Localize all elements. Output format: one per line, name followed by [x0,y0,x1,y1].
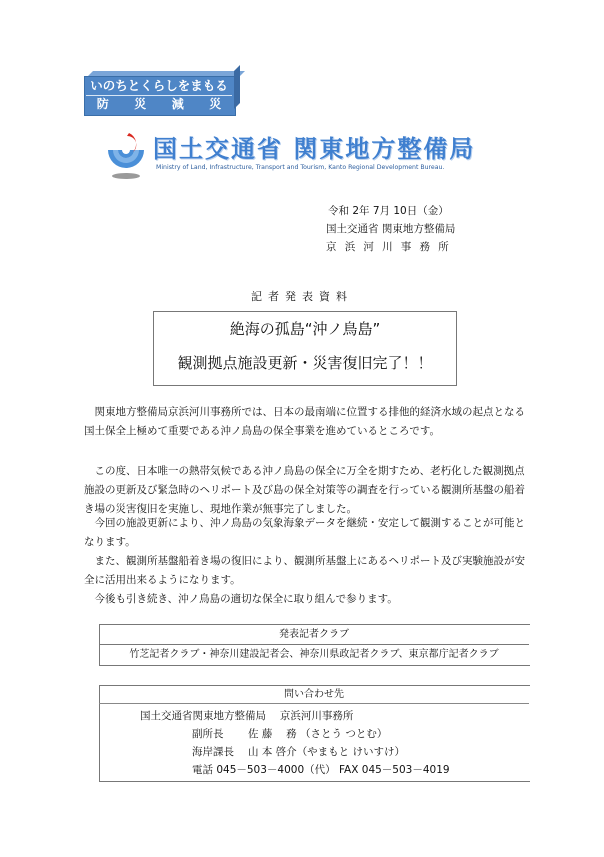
badge-motto: 防 災 減 災 [84,96,234,112]
document-type: 記者発表資料 [0,288,604,304]
ministry-name-jp: 国土交通省 関東地方整備局 [153,134,475,164]
badge-3d-side [234,65,240,109]
paragraph: 今回の施設更新により、沖ノ鳥島の気象海象データを継続・安定して観測することが可能… [84,514,528,552]
body-paragraph-1: 関東地方整備局京浜河川事務所では、日本の最南端に位置する排他的経済水域の起点とな… [84,403,528,441]
badge-char: 防 [97,96,109,112]
contact-name: 山 本 啓介 [248,746,297,758]
badge-char: 災 [134,96,146,112]
contact-person-2: 海岸課長山 本 啓介（やまもと けいすけ） [192,743,405,761]
contact-heading: 問い合わせ先 [99,687,529,703]
ministry-name-en: Ministry of Land, Infrastructure, Transp… [156,164,444,172]
press-club-list: 竹芝記者クラブ・神奈川建設記者会、神奈川県政記者クラブ、東京都庁記者クラブ [99,647,529,663]
title-line-2: 観測拠点施設更新・災害復旧完了！！ [153,352,457,374]
contact-reading: （さとう つとむ） [300,728,387,740]
badge-char: 減 [172,96,184,112]
mlit-logo-icon [103,130,149,180]
paragraph: また、観測所基盤船着き場の復旧により、観測所基盤上にあるヘリポート及び実験施設が… [84,552,528,590]
paragraph: 関東地方整備局京浜河川事務所では、日本の最南端に位置する排他的経済水域の起点とな… [84,403,528,441]
paragraph: 今後も引き続き、沖ノ鳥島の適切な保全に取り組んで参ります。 [84,590,528,609]
contact-name: 佐 藤 務 [248,728,297,740]
issuer-bureau: 国土交通省 関東地方整備局 [326,220,455,238]
title-line-1: 絶海の孤島“沖ノ鳥島” [153,318,457,340]
contact-person-1: 副所長佐 藤 務 （さとう つとむ） [192,725,387,743]
press-club-divider [99,644,529,645]
paragraph: この度、日本唯一の熱帯気候である沖ノ鳥島の保全に万全を期すため、老朽化した観測拠… [84,462,528,519]
body-paragraph-2: この度、日本唯一の熱帯気候である沖ノ鳥島の保全に万全を期すため、老朽化した観測拠… [84,462,528,519]
press-club-heading: 発表記者クラブ [99,627,529,643]
issuer-office: 京浜河川事務所 [326,238,457,256]
badge-slogan: いのちとくらしをまもる [84,77,234,94]
release-date: 令和 2年 7月 10日（金） [328,202,449,220]
contact-divider [99,703,529,704]
contact-phone-fax: 電話 045－503－4000（代） FAX 045－503－4019 [192,761,450,779]
badge-char: 災 [209,96,221,112]
contact-title: 海岸課長 [192,743,248,761]
body-paragraph-group: 今回の施設更新により、沖ノ鳥島の気象海象データを継続・安定して観測することが可能… [84,514,528,609]
contact-title: 副所長 [192,725,248,743]
contact-office: 国土交通省関東地方整備局 京浜河川事務所 [140,707,353,725]
contact-reading: （やまもと けいすけ） [297,746,405,758]
